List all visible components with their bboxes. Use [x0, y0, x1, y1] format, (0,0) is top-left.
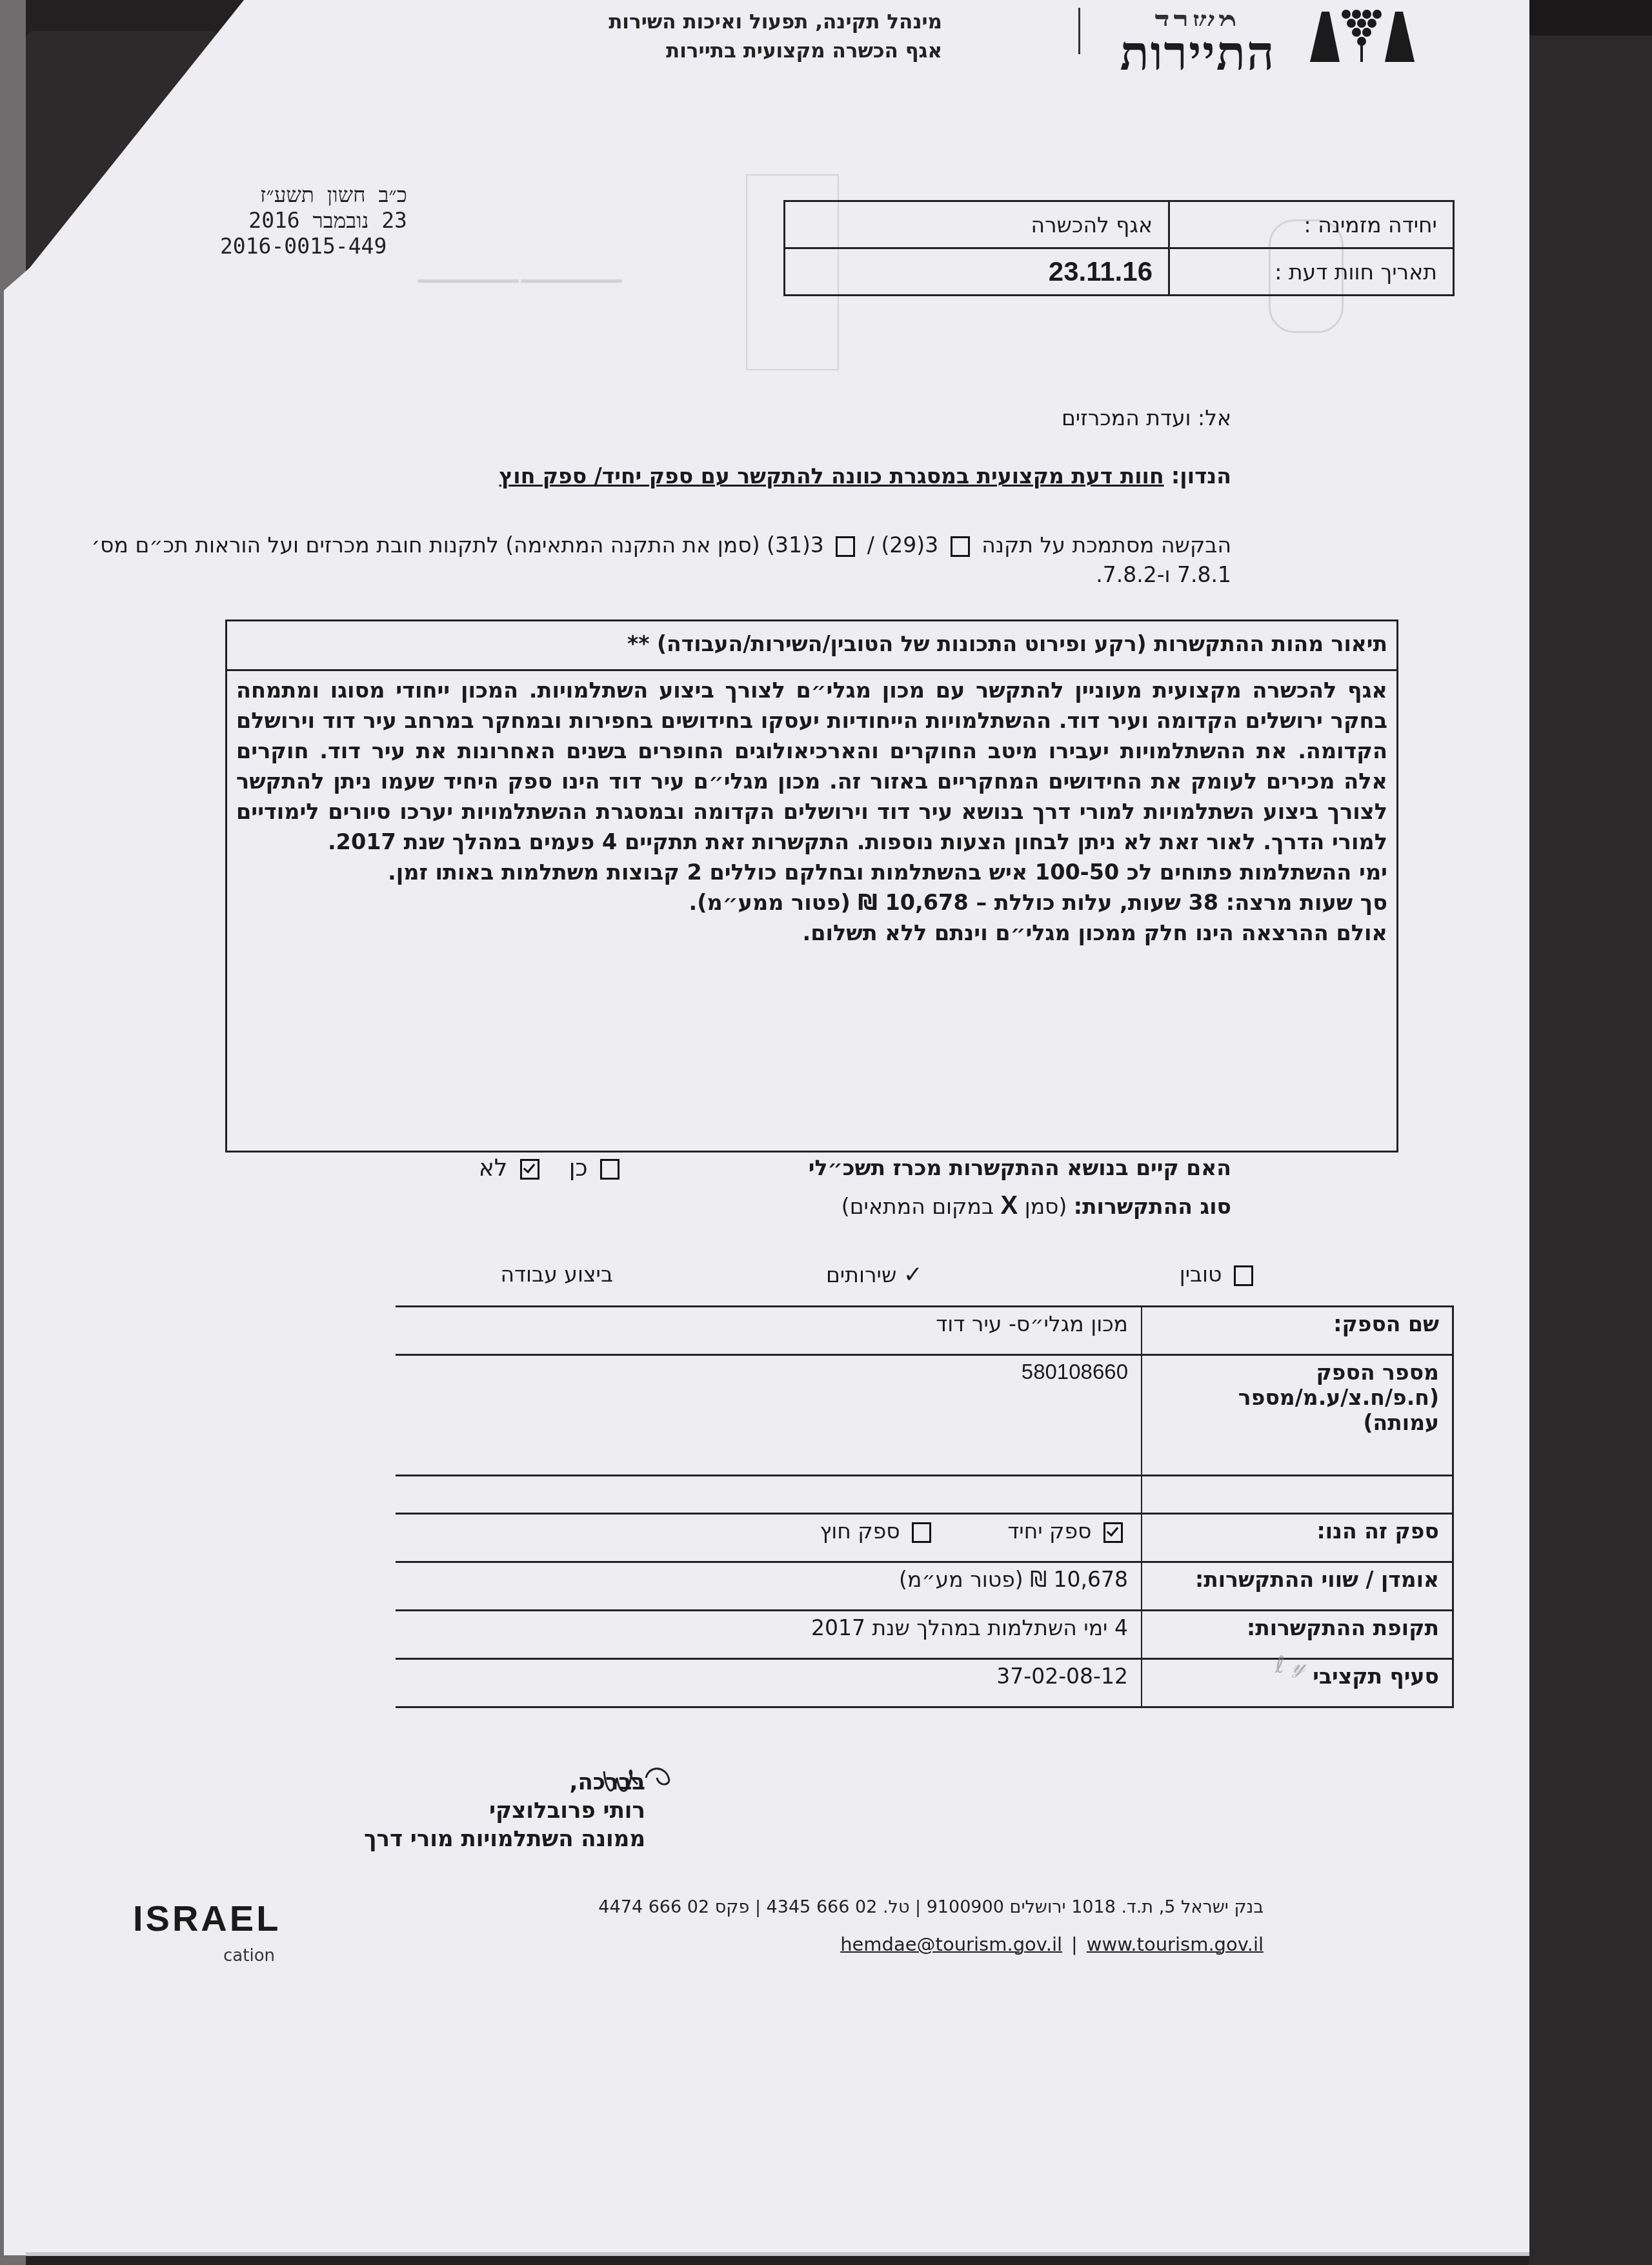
meta-value: 23.11.16: [785, 248, 1169, 296]
subject-text: חוות דעת מקצועית במסגרת כוונה להתקשר עם …: [499, 463, 1164, 488]
foreign-supplier-checkbox[interactable]: [912, 1522, 931, 1543]
regulation-option2-label: 3(31): [767, 532, 824, 558]
description-paragraph: סך שעות מרצה: 38 שעות, עלות כוללת – 10,6…: [236, 887, 1387, 918]
subject-prefix: הנדון:: [1171, 463, 1231, 488]
subject-line: הנדון: חוות דעת מקצועית במסגרת כוונה להת…: [499, 463, 1231, 488]
engagement-option-goods[interactable]: טובין: [1180, 1262, 1258, 1287]
israel-brand-tagline: cation: [223, 1946, 275, 1966]
supplier-name-value: מכון מגלי״ס- עיר דוד: [396, 1307, 1142, 1355]
paper-bottom-edge: [26, 2252, 1529, 2256]
footer-email-link[interactable]: hemdae@tourism.gov.il: [840, 1933, 1062, 1955]
supplier-id-value: 580108660: [396, 1355, 1142, 1476]
footer-links: hemdae@tourism.gov.il|www.tourism.gov.il: [840, 1933, 1264, 1955]
document-page: ⸻⸻ משרד התיירות מינהל תקינה, תפעול ואיכו…: [4, 0, 1529, 2255]
exclusivity-question-text: האם קיים בנושא ההתקשרות מכרז תשכ״לי: [809, 1155, 1231, 1180]
regulation-option2-checkbox[interactable]: [836, 536, 855, 557]
footer-website-link[interactable]: www.tourism.gov.il: [1087, 1933, 1264, 1955]
engagement-type-title: סוג ההתקשרות: (סמן X במקום המתאים): [841, 1191, 1231, 1220]
foreign-supplier-label: ספק חוץ: [820, 1518, 900, 1544]
engagement-value: 10,678 ₪ (פטור מע״מ): [396, 1562, 1142, 1611]
meta-label: תאריך חוות דעת :: [1169, 248, 1454, 296]
hebrew-date: כ״ב חשון תשע״ז: [220, 182, 407, 208]
engagement-type-x: X: [1000, 1191, 1018, 1220]
supplier-type-value: ספק יחיד ספק חוץ: [396, 1514, 1142, 1562]
description-box: תיאור מהות ההתקשרות (רקע ופירוט התכונות …: [225, 619, 1398, 1153]
description-heading: תיאור מהות ההתקשרות (רקע ופירוט התכונות …: [227, 621, 1396, 671]
gregorian-date: 23 נובמבר 2016: [220, 208, 407, 234]
engagement-type-instruction: (סמן: [1025, 1194, 1067, 1219]
exclusivity-no-option[interactable]: לא: [479, 1155, 545, 1182]
meta-label: יחידה מזמינה :: [1169, 201, 1454, 248]
exclusivity-yes-option[interactable]: כן: [569, 1155, 625, 1182]
meta-value: אגף להכשרה: [785, 201, 1169, 248]
meta-row-unit: יחידה מזמינה : אגף להכשרה: [785, 201, 1454, 248]
header-divider: [1078, 8, 1080, 54]
supplier-type-label: ספק זה הנו:: [1142, 1514, 1453, 1562]
signer-title: ממונה השתלמויות מורי דרך: [364, 1825, 645, 1853]
sole-supplier-checkbox[interactable]: [1103, 1522, 1123, 1543]
engagement-value-label: אומדן / שווי ההתקשרות:: [1142, 1562, 1453, 1611]
ministry-word: משרד: [1104, 6, 1291, 26]
engagement-option-work[interactable]: ביצוע עבודה: [501, 1262, 613, 1287]
regulation-separator: /: [867, 532, 874, 558]
tourism-word: התיירות: [1104, 30, 1291, 77]
signer-name: רותי פרובלוצקי: [364, 1797, 645, 1825]
supplier-name-row: שם הספק: מכון מגלי״ס- עיר דוד: [396, 1307, 1453, 1355]
ministry-logo-wordmark: משרד התיירות: [1104, 6, 1291, 77]
services-checkmark-icon[interactable]: ✓: [903, 1262, 923, 1288]
footer-address: בנק ישראל 5, ת.ד. 1018 ירושלים 9100900 |…: [598, 1897, 1264, 1917]
closing-greeting: בברכה,: [364, 1768, 645, 1797]
scanner-background-band: [1529, 0, 1652, 35]
exclusivity-no-checkbox[interactable]: [520, 1159, 539, 1180]
supplier-table: שם הספק: מכון מגלי״ס- עיר דוד מספר הספק …: [396, 1305, 1454, 1708]
supplier-type-foreign-option[interactable]: ספק חוץ: [820, 1518, 936, 1544]
meta-row-date: תאריך חוות דעת : 23.11.16: [785, 248, 1454, 296]
description-paragraph: ימי ההשתלמות פתוחים לכ 100-50 איש בהשתלמ…: [236, 857, 1387, 887]
sole-supplier-label: ספק יחיד: [1007, 1518, 1091, 1544]
closing-block: בברכה, רותי פרובלוצקי ממונה השתלמויות מו…: [364, 1768, 645, 1853]
show-through-logo: ⸻⸻: [417, 245, 623, 305]
regulation-text-part1: הבקשה מסתמכת על תקנה: [982, 532, 1231, 558]
regulation-option1-checkbox[interactable]: [951, 536, 970, 557]
spacer-label: [1142, 1476, 1453, 1514]
exclusivity-question: האם קיים בנושא ההתקשרות מכרז תשכ״לי כן ל…: [70, 1155, 1231, 1187]
scanner-background-right: [1529, 0, 1652, 2265]
exclusivity-options: כן לא: [479, 1155, 625, 1182]
engagement-type-options: טובין ✓ שירותים ביצוע עבודה: [290, 1262, 1258, 1294]
supplier-type-row: ספק זה הנו: ספק יחיד ספק חוץ: [396, 1514, 1453, 1562]
handwritten-mark: ℓ 𝓎: [1275, 1652, 1305, 1679]
goods-checkbox[interactable]: [1234, 1265, 1253, 1286]
ministry-emblem-icon: [1307, 5, 1417, 63]
work-label: ביצוע עבודה: [501, 1262, 613, 1287]
footer-separator: |: [1071, 1933, 1078, 1955]
supplier-id-row: מספר הספק (ח.פ/ח.צ/ע.מ/מספר עמותה) 58010…: [396, 1355, 1453, 1476]
engagement-type-label: סוג ההתקשרות:: [1074, 1194, 1231, 1219]
supplier-spacer-row: [396, 1476, 1453, 1514]
goods-label: טובין: [1180, 1262, 1222, 1287]
exclusivity-yes-label: כן: [569, 1155, 588, 1182]
supplier-value-row: אומדן / שווי ההתקשרות: 10,678 ₪ (פטור מע…: [396, 1562, 1453, 1611]
reference-number: 2016-0015-449: [220, 234, 407, 259]
spacer-value: [396, 1476, 1142, 1514]
israel-brand-logo: ISRAEL: [133, 1900, 281, 1937]
description-paragraph: אגף להכשרה מקצועית מעוניין להתקשר עם מכו…: [236, 675, 1387, 857]
engagement-option-services[interactable]: ✓ שירותים: [826, 1262, 923, 1288]
meta-table: יחידה מזמינה : אגף להכשרה תאריך חוות דעת…: [783, 200, 1455, 296]
department-line-2: אגף הכשרה מקצועית בתיירות: [609, 37, 942, 66]
engagement-type-instruction-end: במקום המתאים): [841, 1194, 994, 1219]
regulation-statement: הבקשה מסתמכת על תקנה 3(29) / 3(31) (סמן …: [31, 530, 1231, 590]
description-paragraph: אולם ההרצאה הינו חלק ממכון מגלי״ם וינתם …: [236, 918, 1387, 948]
regulation-option1-label: 3(29): [881, 532, 938, 558]
department-line-1: מינהל תקינה, תפעול ואיכות השירות: [609, 8, 942, 37]
date-block: כ״ב חשון תשע״ז 23 נובמבר 2016 2016-0015-…: [220, 182, 407, 259]
supplier-id-label: מספר הספק (ח.פ/ח.צ/ע.מ/מספר עמותה): [1142, 1355, 1453, 1476]
budget-section-value: 37-02-08-12: [396, 1659, 1142, 1707]
supplier-type-options: ספק יחיד ספק חוץ: [408, 1518, 1128, 1544]
addressee: אל: ועדת המכרזים: [1062, 405, 1231, 430]
description-body: אגף להכשרה מקצועית מעוניין להתקשר עם מכו…: [227, 671, 1396, 952]
exclusivity-yes-checkbox[interactable]: [600, 1159, 619, 1180]
exclusivity-no-label: לא: [479, 1155, 508, 1182]
supplier-name-label: שם הספק:: [1142, 1307, 1453, 1355]
engagement-period-value: 4 ימי השתלמות במהלך שנת 2017: [396, 1611, 1142, 1659]
supplier-type-sole-option[interactable]: ספק יחיד: [1007, 1518, 1128, 1544]
department-header: מינהל תקינה, תפעול ואיכות השירות אגף הכש…: [609, 8, 942, 66]
services-label: שירותים: [826, 1262, 896, 1287]
